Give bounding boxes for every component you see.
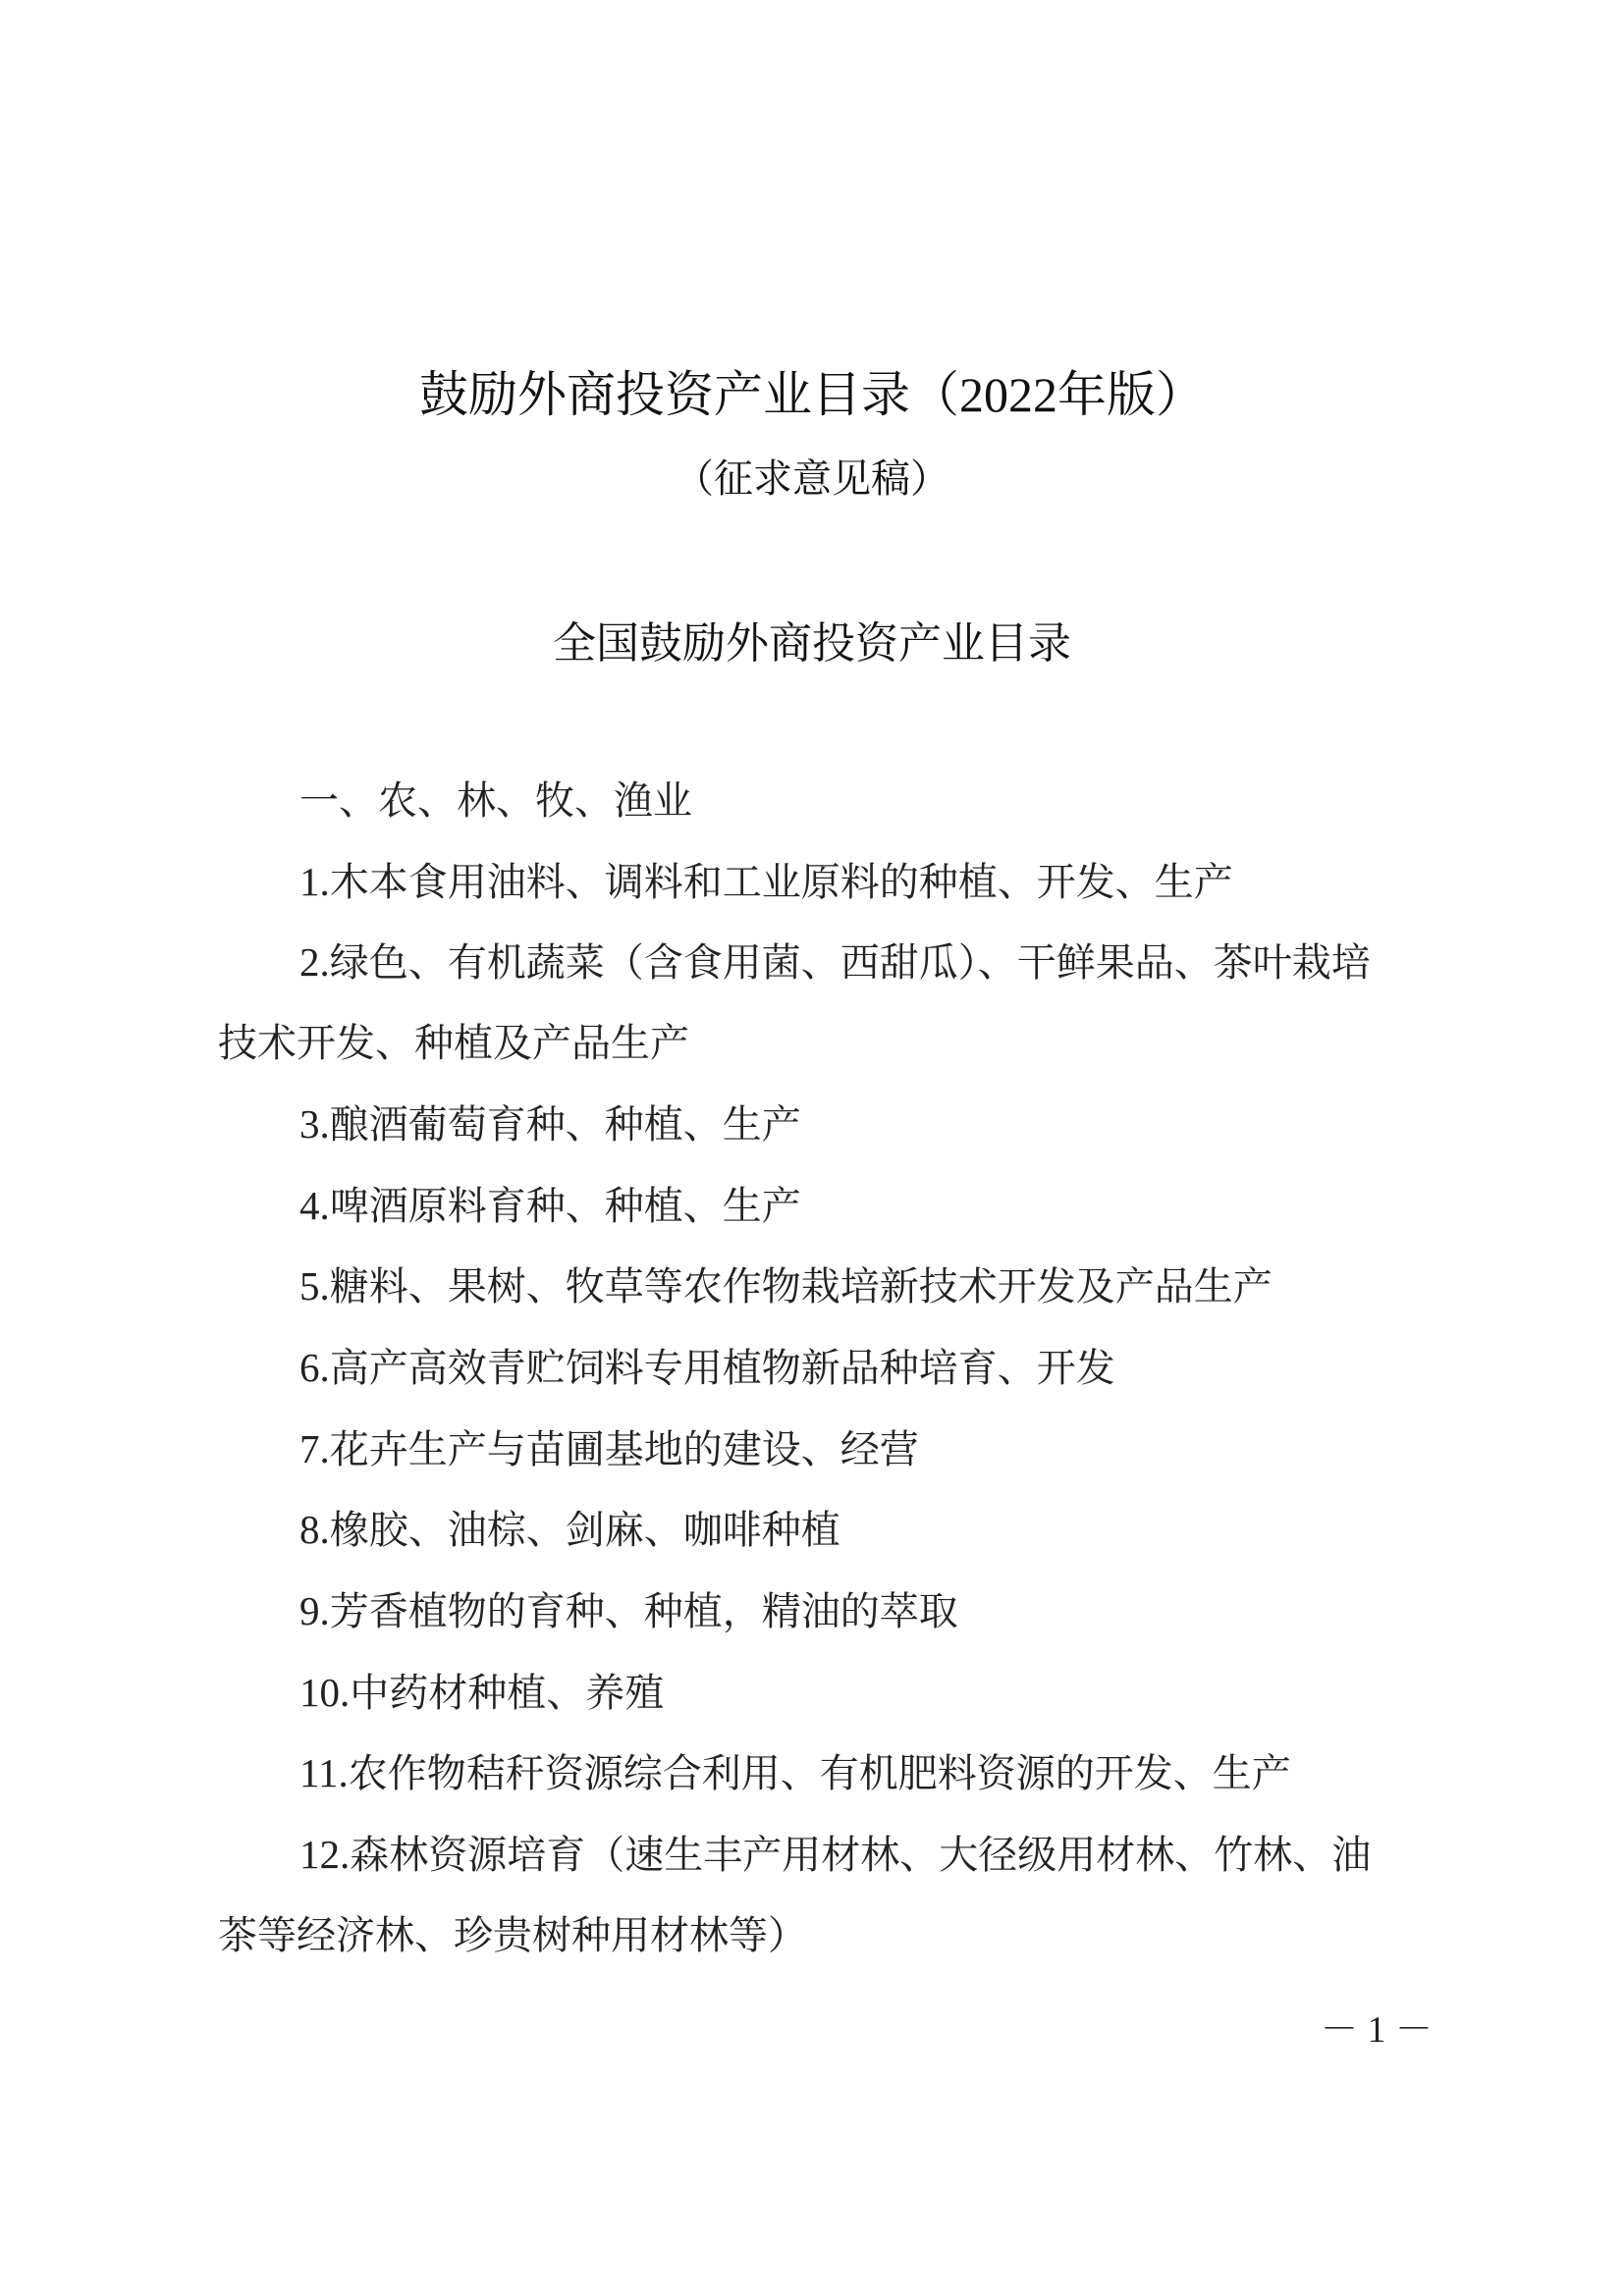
item-number: 5. xyxy=(299,1263,330,1308)
item-number: 7. xyxy=(299,1426,330,1471)
item-text: 橡胶、油棕、剑麻、咖啡种植 xyxy=(330,1508,840,1553)
item-text: 绿色、有机蔬菜（含食用菌、西甜瓜）、干鲜果品、茶叶栽培 xyxy=(330,940,1371,986)
list-item: 7.花卉生产与苗圃基地的建设、经营 xyxy=(218,1410,1428,1491)
list-item: 4.啤酒原料育种、种植、生产 xyxy=(218,1166,1428,1248)
document-subtitle: （征求意见稿） xyxy=(0,454,1624,505)
title-text: 鼓励外商投资产业目录（ xyxy=(419,366,959,423)
list-item: 6.高产高效青贮饲料专用植物新品种培育、开发 xyxy=(218,1328,1428,1410)
item-number: 2. xyxy=(299,939,330,985)
list-item: 2.绿色、有机蔬菜（含食用菌、西甜瓜）、干鲜果品、茶叶栽培技术开发、种植及产品生… xyxy=(218,923,1428,1084)
list-item: 5.糖料、果树、牧草等农作物栽培新技术开发及产品生产 xyxy=(218,1247,1428,1328)
item-text: 酿酒葡萄育种、种植、生产 xyxy=(330,1102,801,1148)
item-text-continuation: 技术开发、种植及产品生产 xyxy=(218,1004,1428,1085)
item-number: 4. xyxy=(299,1183,330,1228)
item-number: 1. xyxy=(299,859,330,904)
item-number: 9. xyxy=(299,1588,330,1633)
item-number: 8. xyxy=(299,1507,330,1552)
item-text: 中药材种植、养殖 xyxy=(350,1671,664,1716)
list-item: 9.芳香植物的育种、种植，精油的萃取 xyxy=(218,1572,1428,1653)
list-item: 3.酿酒葡萄育种、种植、生产 xyxy=(218,1085,1428,1166)
item-text: 高产高效青贮饲料专用植物新品种培育、开发 xyxy=(330,1346,1115,1391)
document-body: 一、农、林、牧、渔业 1.木本食用油料、调料和工业原料的种植、开发、生产 2.绿… xyxy=(218,762,1428,1977)
item-text: 农作物秸秆资源综合利用、有机肥料资源的开发、生产 xyxy=(349,1751,1291,1796)
title-suffix: 年版） xyxy=(1057,366,1205,423)
item-number: 3. xyxy=(299,1101,330,1147)
list-item: 12.森林资源培育（速生丰产用材林、大径级用材林、竹林、油茶等经济林、珍贵树种用… xyxy=(218,1815,1428,1976)
item-text: 芳香植物的育种、种植，精油的萃取 xyxy=(330,1589,958,1634)
item-text: 花卉生产与苗圃基地的建设、经营 xyxy=(330,1427,919,1472)
page-number: － 1 － xyxy=(1321,2008,1429,2052)
list-item: 11.农作物秸秆资源综合利用、有机肥料资源的开发、生产 xyxy=(218,1734,1428,1815)
item-text: 森林资源培育（速生丰产用材林、大径级用材林、竹林、油 xyxy=(350,1833,1371,1878)
section-heading: 一、农、林、牧、渔业 xyxy=(218,762,1428,842)
document-page: 鼓励外商投资产业目录（2022年版） （征求意见稿） 全国鼓励外商投资产业目录 … xyxy=(0,0,1624,2296)
list-item: 8.橡胶、油棕、剑麻、咖啡种植 xyxy=(218,1490,1428,1572)
catalog-heading: 全国鼓励外商投资产业目录 xyxy=(0,616,1624,671)
item-number: 12. xyxy=(299,1832,350,1877)
item-number: 6. xyxy=(299,1345,330,1390)
item-text: 木本食用油料、调料和工业原料的种植、开发、生产 xyxy=(330,860,1233,905)
list-item: 10.中药材种植、养殖 xyxy=(218,1653,1428,1735)
list-item: 1.木本食用油料、调料和工业原料的种植、开发、生产 xyxy=(218,842,1428,924)
item-text: 啤酒原料育种、种植、生产 xyxy=(330,1184,801,1229)
item-number: 10. xyxy=(299,1670,350,1715)
document-title: 鼓励外商投资产业目录（2022年版） xyxy=(0,365,1624,424)
item-text-continuation: 茶等经济林、珍贵树种用材林等） xyxy=(218,1896,1428,1977)
item-text: 糖料、果树、牧草等农作物栽培新技术开发及产品生产 xyxy=(330,1264,1272,1309)
title-year: 2022 xyxy=(959,367,1057,422)
item-number: 11. xyxy=(299,1750,349,1795)
